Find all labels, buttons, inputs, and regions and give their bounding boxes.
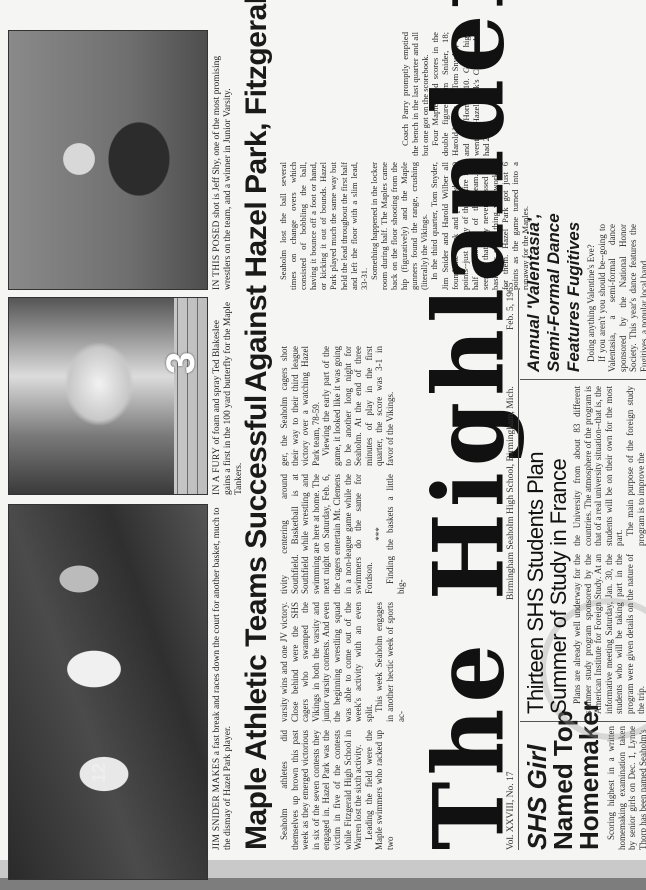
paragraph: If you aren't you should be--going to Va… xyxy=(597,224,646,372)
paragraph: Seaholm lost the ball several times on c… xyxy=(278,162,369,290)
paragraph: Plans are already well underway for the … xyxy=(572,554,646,714)
valentasia-headline: Annual 'Valentasia', Semi-Formal Dance F… xyxy=(524,213,584,372)
masthead-rule xyxy=(518,290,519,850)
valentasia-body: Doing anything Valentine's Eve? If you a… xyxy=(586,224,646,372)
basketball-photo: 12 xyxy=(8,504,208,880)
france-study-headline: Thirteen SHS Students Plan Summer of Stu… xyxy=(524,452,570,714)
masthead-title: The Highlander xyxy=(426,210,512,850)
paragraph: Viewing the early part of the game, it l… xyxy=(321,346,395,466)
paragraph: Finding the baskets a little big- xyxy=(385,474,406,594)
water-splash xyxy=(9,298,174,494)
school-name: Birmingham Seaholm High School, Birmingh… xyxy=(506,386,516,600)
wrestler-caption: IN THIS POSED shot is Jeff Shy, one of t… xyxy=(212,32,234,290)
paragraph: This week Seaholm engages in another hec… xyxy=(374,602,406,722)
column-rule xyxy=(520,379,646,380)
paragraph: Leading the field were the Maple swimmer… xyxy=(364,730,396,850)
paragraph: Scoring highest in a written homemaking … xyxy=(606,726,646,850)
paragraph: The main purpose of the foreign study pr… xyxy=(625,386,646,546)
hazel-park-col1: ger, the Seaholm cagers shot their way t… xyxy=(279,346,396,466)
maple-athletic-col3: tivity centering around Southfield. Bask… xyxy=(279,474,406,594)
france-study-col1: Plans are already well underway for the … xyxy=(572,554,646,714)
paragraph: tivity centering around Southfield. Bask… xyxy=(279,474,374,594)
headline-line: Thirteen SHS Students Plan xyxy=(524,452,547,714)
headline-line: SHS Girl xyxy=(524,701,550,850)
headline-line: Features Fugitives xyxy=(564,213,584,372)
paragraph: Seaholm athletes did themselves up brown… xyxy=(279,730,364,850)
separator: *** xyxy=(374,474,385,594)
maple-athletic-col2: varsity wins and one JV victory. Close b… xyxy=(279,602,406,722)
shs-girl-body: Scoring highest in a written homemaking … xyxy=(606,726,646,850)
caption-lead: IN A FURY xyxy=(212,447,222,495)
paragraph: Doing anything Valentine's Eve? xyxy=(586,224,597,372)
volume-number: Vol. XXVIII, No. 17 xyxy=(506,772,516,850)
paragraph: the University from about 83 different c… xyxy=(572,386,625,546)
newspaper-page-rotated: 12 3 JIM SNIDER MAKES a fast break and r… xyxy=(0,0,646,890)
issue-date: Feb. 5, 1965 xyxy=(506,283,516,331)
jersey-number: 12 xyxy=(89,763,110,783)
headline-line: Annual 'Valentasia', xyxy=(524,213,544,372)
lane-marker: 3 xyxy=(159,352,204,374)
scanned-page-viewport: 12 3 JIM SNIDER MAKES a fast break and r… xyxy=(0,0,646,890)
wrestler-photo xyxy=(8,30,208,290)
maple-athletic-headline: Maple Athletic Teams Successful xyxy=(240,395,274,850)
paragraph: ger, the Seaholm cagers shot their way t… xyxy=(279,346,321,466)
caption-lead: JIM SNIDER MAKES xyxy=(212,758,222,850)
basketball-caption: JIM SNIDER MAKES a fast break and races … xyxy=(212,505,234,850)
maple-athletic-col1: Seaholm athletes did themselves up brown… xyxy=(279,730,396,850)
swimmer-photo: 3 xyxy=(8,297,208,495)
headline-line: Semi-Formal Dance xyxy=(544,213,564,372)
caption-lead: IN THIS POSED xyxy=(212,220,222,290)
headline-line: Summer of Study in France xyxy=(547,452,570,714)
paragraph: varsity wins and one JV victory. Close b… xyxy=(279,602,374,722)
france-study-col2: the University from about 83 different c… xyxy=(572,386,646,546)
